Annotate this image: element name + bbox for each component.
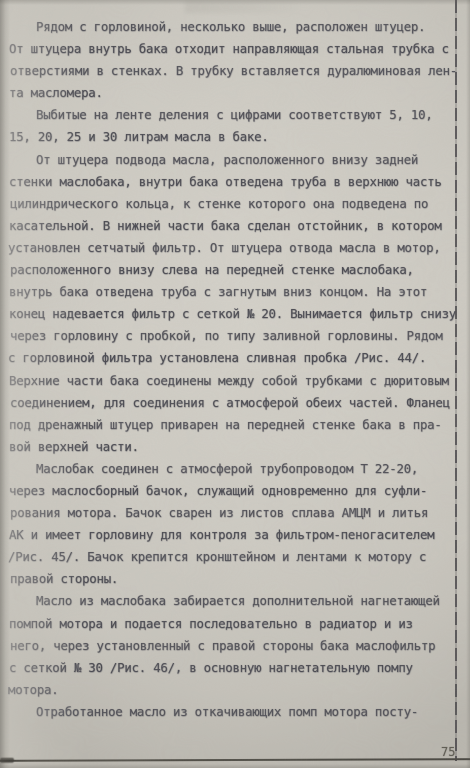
text-line: мотора. (8, 679, 460, 701)
ink-ghost-smudge (185, 1, 305, 13)
text-line: Масло из маслобака забирается дополнител… (9, 590, 461, 612)
text-line: конец надевается фильтр с сеткой № 20. В… (9, 303, 461, 325)
text-line: помпой мотора и подается последовательно… (9, 613, 461, 635)
text-line: расположенного внизу слева на передней с… (10, 259, 462, 281)
text-line: та масломера. (9, 82, 461, 104)
text-line: АК и имеет горловину для контроля за фил… (9, 524, 461, 546)
paragraph: От штуцера подвода масла, расположенного… (9, 149, 461, 458)
text-line: касательной. В нижней части бака сделан … (9, 215, 461, 237)
text-line: под дренажный штуцер приварен на передне… (9, 414, 461, 436)
text-line: 15, 20, 25 и 30 литрам масла в баке. (9, 126, 461, 148)
text-line: соединением, для соединения с атмосферой… (10, 392, 462, 414)
paragraph: Выбитые на ленте деления с цифрами соотв… (9, 104, 461, 148)
paragraph: Масло из маслобака забирается дополнител… (9, 590, 461, 700)
text-block: Рядом с горловиной, несколько выше, расп… (9, 16, 461, 723)
text-line: с горловиной фильтра установлена сливная… (8, 347, 460, 369)
text-line: с сеткой № 30 /Рис. 46/, в основную нагн… (9, 657, 461, 679)
text-line: От штуцера внутрь бака отходит направляю… (9, 38, 461, 60)
text-line: рования мотора. Бачок сварен из листов с… (10, 502, 462, 524)
text-line: внутрь бака отведена труба с загнутым вн… (9, 281, 461, 303)
text-line: /Рис. 45/. Бачок крепится кронштейном и … (8, 546, 460, 568)
page-number: 75 (441, 745, 455, 759)
scanned-document-page: Рядом с горловиной, несколько выше, расп… (0, 0, 470, 768)
text-line: установлен сетчатый фильтр. От штуцера о… (8, 237, 460, 259)
text-line: через маслосборный бачок, служащий однов… (9, 480, 461, 502)
text-line: Маслобак соединен с атмосферой трубопров… (9, 458, 461, 480)
text-line: цилиндрического кольца, к стенке которог… (10, 193, 462, 215)
paragraph: Рядом с горловиной, несколько выше, расп… (9, 16, 461, 104)
text-line: Рядом с горловиной, несколько выше, расп… (9, 16, 461, 38)
text-line: правой стороны. (10, 568, 462, 590)
bottom-border-rule (0, 758, 470, 762)
text-line: От штуцера подвода масла, расположенного… (9, 149, 461, 171)
scan-edge-shadow-right (466, 0, 470, 768)
paragraph: Маслобак соединен с атмосферой трубопров… (9, 458, 461, 591)
text-line: вой верхней части. (9, 436, 461, 458)
text-line: через горловину с пробкой, по типу залив… (10, 325, 462, 347)
scan-edge-shadow-bottom (0, 764, 470, 768)
text-line: отверстиями в стенках. В трубку вставляе… (10, 60, 462, 82)
paragraph: Отработанное масло из откачивающих помп … (9, 701, 461, 723)
text-line: стенки маслобака, внутри бака отведена т… (9, 171, 461, 193)
text-line: Отработанное масло из откачивающих помп … (9, 701, 461, 723)
text-line: него, через установленный с правой сторо… (10, 635, 462, 657)
scan-edge-shadow-top (0, 0, 470, 5)
text-line: Верхние части бака соединены между собой… (9, 370, 461, 392)
text-line: Выбитые на ленте деления с цифрами соотв… (9, 104, 461, 126)
right-border-rule (455, 0, 457, 761)
